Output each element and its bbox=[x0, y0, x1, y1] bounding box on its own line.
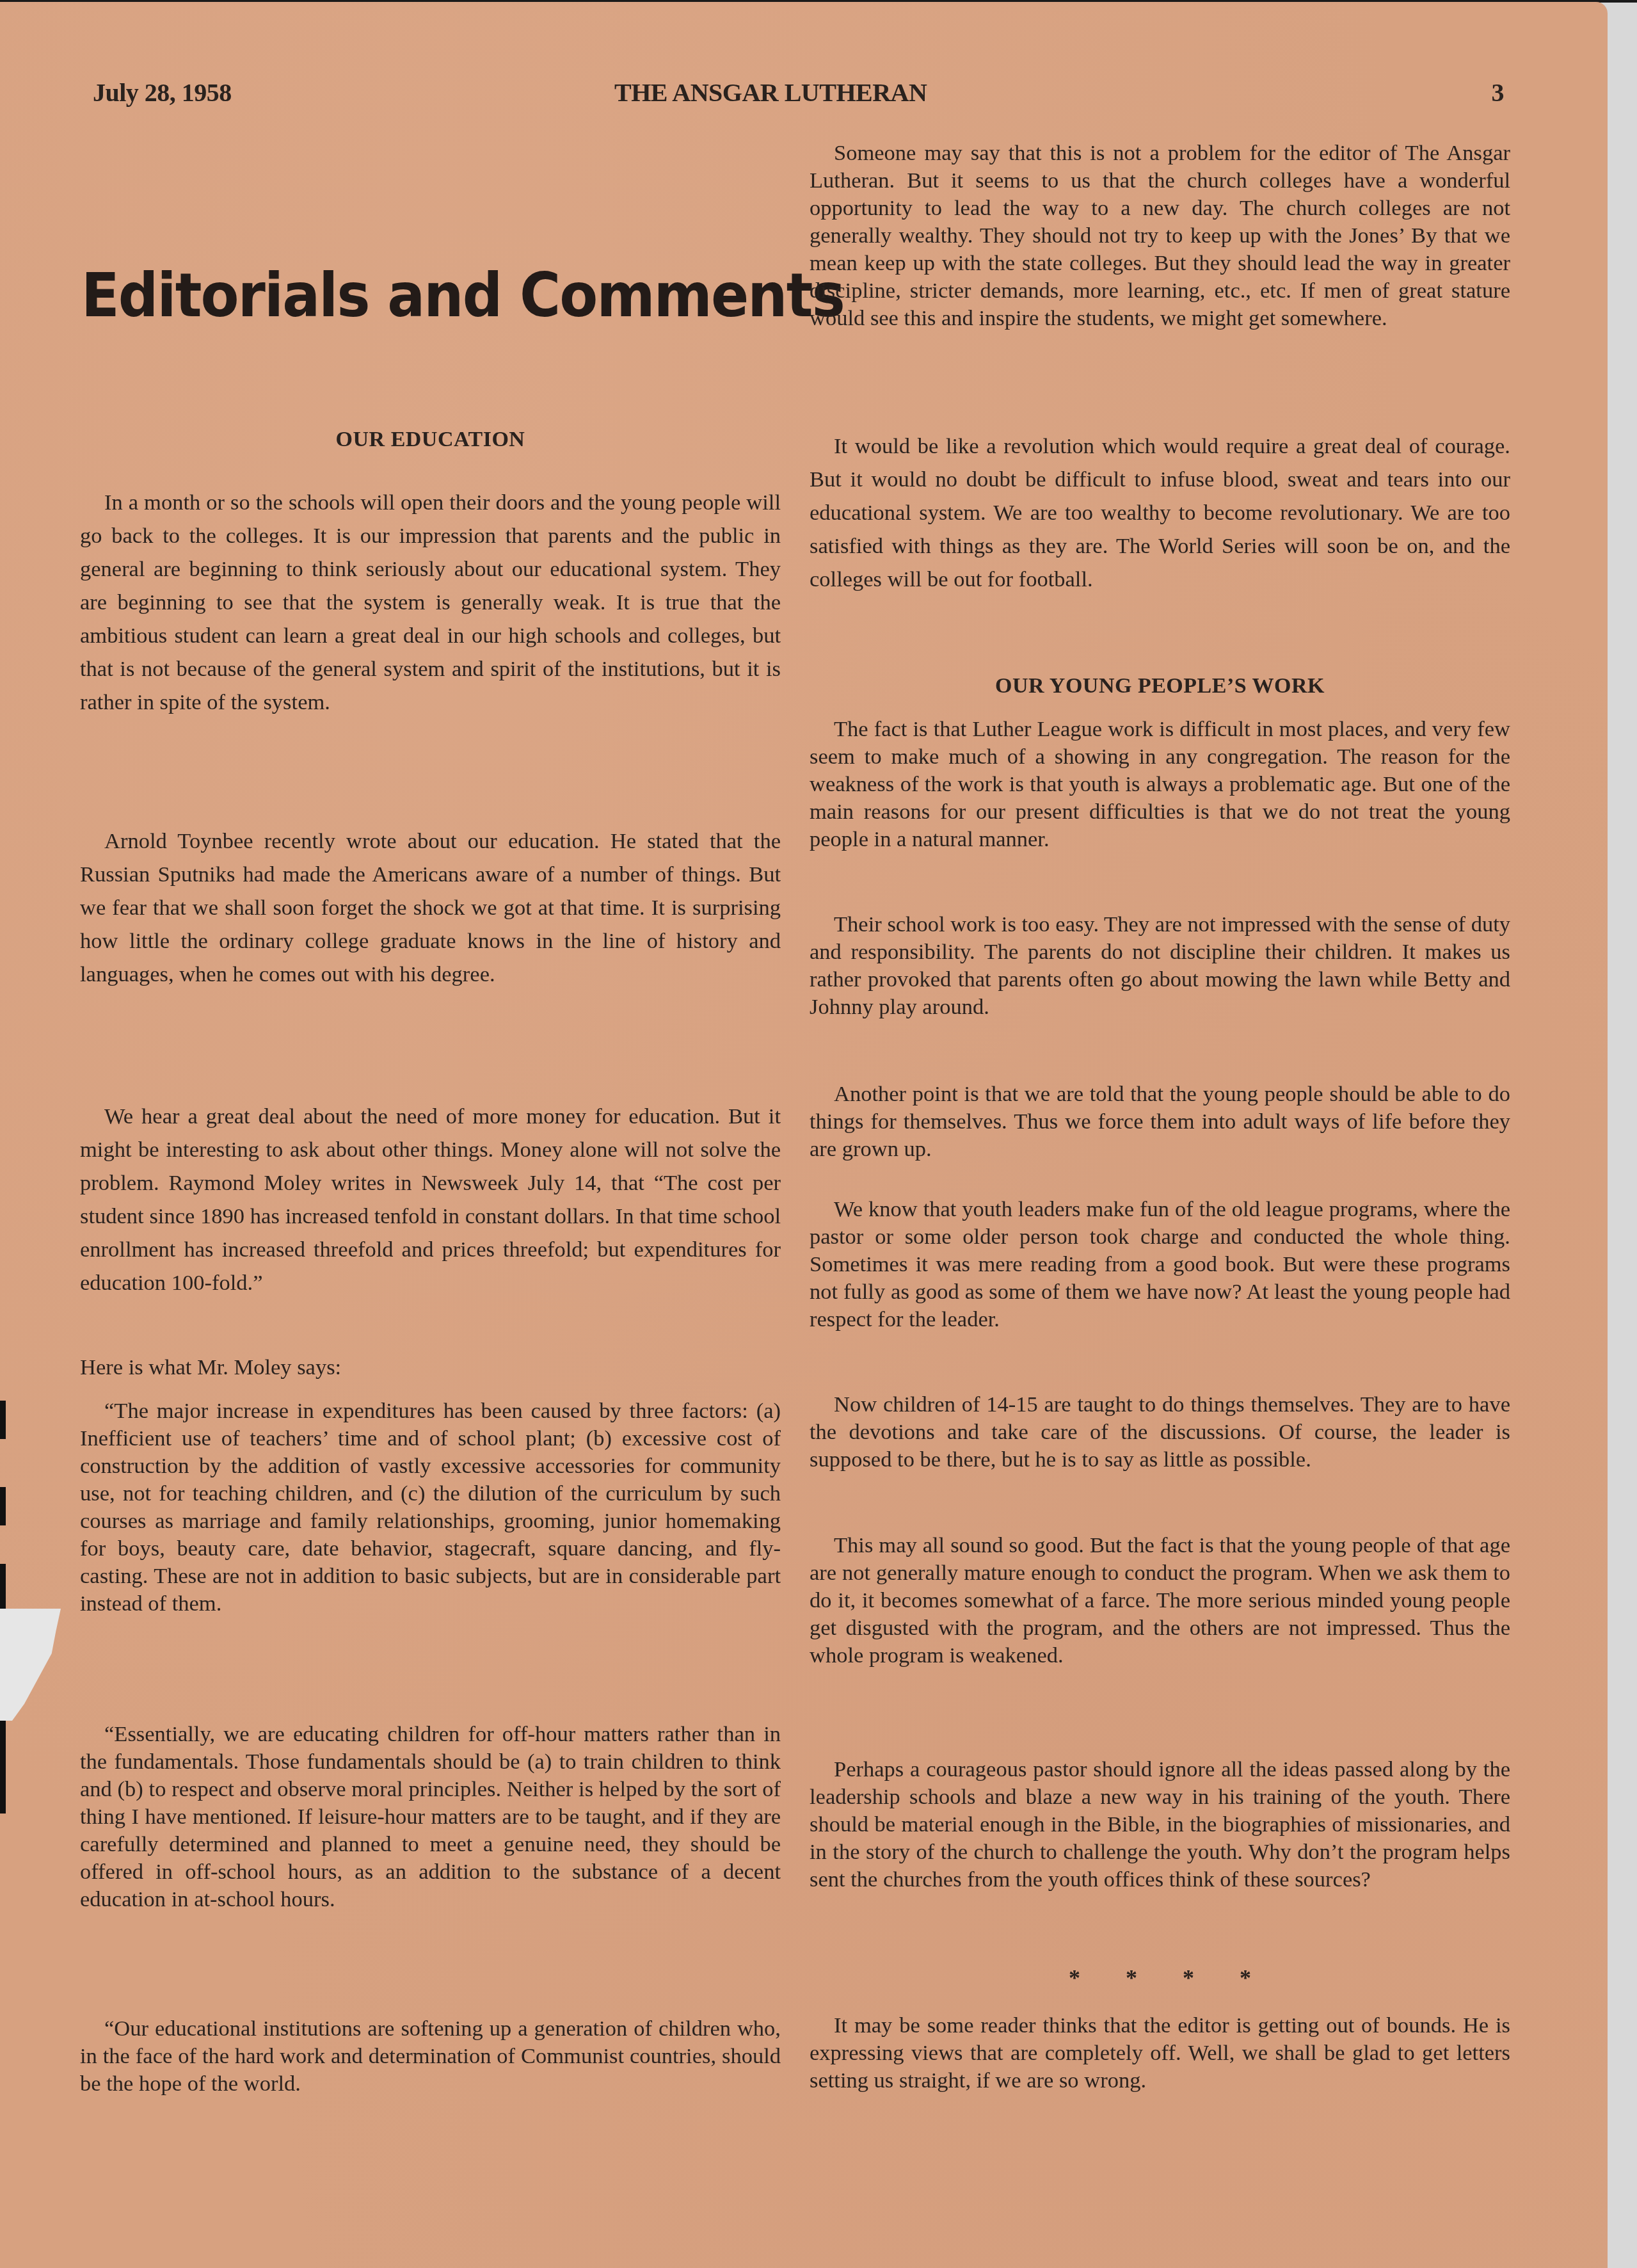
paragraph-text: Here is what Mr. Moley says: bbox=[80, 1354, 781, 1381]
paragraph-text: “The major increase in expenditures has … bbox=[80, 1397, 781, 1618]
paragraph-text: Someone may say that this is not a probl… bbox=[810, 140, 1510, 332]
article-paragraph: Now children of 14-15 are taught to do t… bbox=[810, 1391, 1510, 1474]
paragraph-text: It would be like a revolution which woul… bbox=[810, 430, 1510, 596]
paragraph-text: “Our educational institutions are soften… bbox=[80, 2015, 781, 2098]
paragraph-text: “Essentially, we are educating children … bbox=[80, 1721, 781, 1913]
binding-mark bbox=[0, 1487, 6, 1525]
article-paragraph: Another point is that we are told that t… bbox=[810, 1081, 1510, 1163]
paragraph-text: We hear a great deal about the need of m… bbox=[80, 1100, 781, 1299]
torn-page-area bbox=[0, 1609, 61, 1721]
paragraph-text: This may all sound so good. But the fact… bbox=[810, 1532, 1510, 1669]
section-heading-young-peoples-work: OUR YOUNG PEOPLE’S WORK bbox=[810, 672, 1510, 700]
paragraph-text: Arnold Toynbee recently wrote about our … bbox=[80, 824, 781, 991]
paragraph-text: The fact is that Luther League work is d… bbox=[810, 716, 1510, 853]
quoted-paragraph: “The major increase in expenditures has … bbox=[80, 1397, 781, 1618]
article-paragraph: It would be like a revolution which woul… bbox=[810, 430, 1510, 596]
paragraph-text: Another point is that we are told that t… bbox=[810, 1081, 1510, 1163]
publication-title: THE ANSGAR LUTHERAN bbox=[614, 77, 927, 108]
running-head: July 28, 1958 THE ANSGAR LUTHERAN 3 bbox=[93, 77, 1504, 116]
article-paragraph: This may all sound so good. But the fact… bbox=[810, 1532, 1510, 1669]
paragraph-text: Now children of 14-15 are taught to do t… bbox=[810, 1391, 1510, 1474]
paragraph-text: Perhaps a courageous pastor should ignor… bbox=[810, 1756, 1510, 1894]
section-divider-asterisks: * * * * bbox=[810, 1964, 1510, 1992]
article-paragraph: In a month or so the schools will open t… bbox=[80, 486, 781, 719]
paragraph-text: In a month or so the schools will open t… bbox=[80, 486, 781, 719]
article-paragraph: We know that youth leaders make fun of t… bbox=[810, 1196, 1510, 1333]
article-paragraph: Their school work is too easy. They are … bbox=[810, 911, 1510, 1021]
paragraph-text: We know that youth leaders make fun of t… bbox=[810, 1196, 1510, 1333]
article-paragraph: We hear a great deal about the need of m… bbox=[80, 1100, 781, 1299]
paragraph-text: It may be some reader thinks that the ed… bbox=[810, 2012, 1510, 2095]
page-title: Editorials and Comments bbox=[81, 261, 844, 331]
article-paragraph: Someone may say that this is not a probl… bbox=[810, 140, 1510, 332]
article-paragraph: The fact is that Luther League work is d… bbox=[810, 716, 1510, 853]
article-paragraph: Perhaps a courageous pastor should ignor… bbox=[810, 1756, 1510, 1894]
article-paragraph: Arnold Toynbee recently wrote about our … bbox=[80, 824, 781, 991]
quoted-paragraph: “Our educational institutions are soften… bbox=[80, 2015, 781, 2098]
newspaper-page: July 28, 1958 THE ANSGAR LUTHERAN 3 Edit… bbox=[0, 2, 1608, 2268]
quoted-paragraph: “Essentially, we are educating children … bbox=[80, 1721, 781, 1913]
paragraph-text: Their school work is too easy. They are … bbox=[810, 911, 1510, 1021]
page-number: 3 bbox=[1492, 77, 1505, 108]
section-heading-our-education: OUR EDUCATION bbox=[80, 426, 781, 454]
issue-date: July 28, 1958 bbox=[93, 77, 232, 108]
binding-mark bbox=[0, 1401, 6, 1439]
article-paragraph: Here is what Mr. Moley says: bbox=[80, 1354, 781, 1381]
article-paragraph: It may be some reader thinks that the ed… bbox=[810, 2012, 1510, 2095]
